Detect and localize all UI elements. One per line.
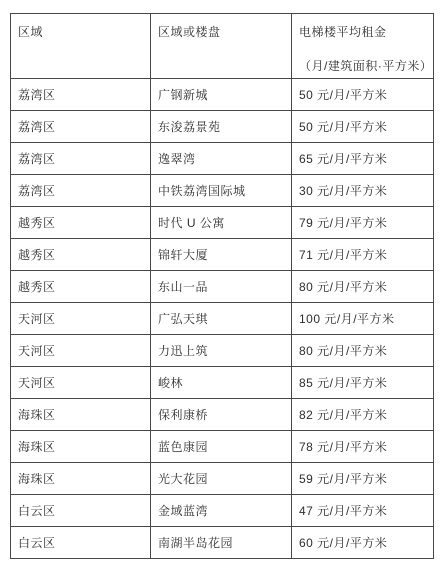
table-row: 海珠区 蓝色康园 78 元/月/平方米 [11, 431, 434, 463]
cell-region: 海珠区 [11, 431, 151, 463]
cell-rent: 65 元/月/平方米 [292, 143, 434, 175]
table-row: 越秀区 东山一品 80 元/月/平方米 [11, 271, 434, 303]
cell-property: 峻林 [151, 367, 292, 399]
cell-rent: 82 元/月/平方米 [292, 399, 434, 431]
cell-region: 天河区 [11, 367, 151, 399]
cell-rent: 78 元/月/平方米 [292, 431, 434, 463]
cell-property: 广钢新城 [151, 79, 292, 111]
cell-property: 蓝色康园 [151, 431, 292, 463]
cell-property: 光大花园 [151, 463, 292, 495]
cell-rent: 60 元/月/平方米 [292, 527, 434, 559]
table-row: 荔湾区 东浚荔景苑 50 元/月/平方米 [11, 111, 434, 143]
header-rent-title: 电梯楼平均租金 [299, 23, 429, 40]
cell-rent: 80 元/月/平方米 [292, 271, 434, 303]
table-row: 白云区 南湖半岛花园 60 元/月/平方米 [11, 527, 434, 559]
table-row: 天河区 力迅上筑 80 元/月/平方米 [11, 335, 434, 367]
table-header-row: 区域 区域或楼盘 电梯楼平均租金 （月/建筑面积·平方米） [11, 14, 434, 79]
table-row: 越秀区 锦轩大厦 71 元/月/平方米 [11, 239, 434, 271]
cell-region: 天河区 [11, 335, 151, 367]
cell-rent: 79 元/月/平方米 [292, 207, 434, 239]
cell-property: 东山一品 [151, 271, 292, 303]
cell-property: 东浚荔景苑 [151, 111, 292, 143]
cell-region: 越秀区 [11, 271, 151, 303]
cell-region: 荔湾区 [11, 175, 151, 207]
cell-region: 白云区 [11, 527, 151, 559]
cell-rent: 30 元/月/平方米 [292, 175, 434, 207]
table-row: 荔湾区 广钢新城 50 元/月/平方米 [11, 79, 434, 111]
table-row: 海珠区 光大花园 59 元/月/平方米 [11, 463, 434, 495]
cell-rent: 85 元/月/平方米 [292, 367, 434, 399]
table-row: 天河区 广弘天琪 100 元/月/平方米 [11, 303, 434, 335]
table-row: 荔湾区 逸翠湾 65 元/月/平方米 [11, 143, 434, 175]
cell-property: 南湖半岛花园 [151, 527, 292, 559]
cell-property: 金域蓝湾 [151, 495, 292, 527]
cell-rent: 59 元/月/平方米 [292, 463, 434, 495]
header-cell-region: 区域 [11, 14, 151, 79]
cell-property: 中铁荔湾国际城 [151, 175, 292, 207]
table-row: 白云区 金域蓝湾 47 元/月/平方米 [11, 495, 434, 527]
cell-property: 力迅上筑 [151, 335, 292, 367]
table-row: 天河区 峻林 85 元/月/平方米 [11, 367, 434, 399]
cell-rent: 50 元/月/平方米 [292, 111, 434, 143]
cell-region: 荔湾区 [11, 143, 151, 175]
header-property-label: 区域或楼盘 [158, 25, 221, 39]
cell-region: 海珠区 [11, 399, 151, 431]
cell-region: 海珠区 [11, 463, 151, 495]
header-cell-rent: 电梯楼平均租金 （月/建筑面积·平方米） [292, 14, 434, 79]
table-row: 荔湾区 中铁荔湾国际城 30 元/月/平方米 [11, 175, 434, 207]
cell-property: 锦轩大厦 [151, 239, 292, 271]
cell-region: 白云区 [11, 495, 151, 527]
rent-table: 区域 区域或楼盘 电梯楼平均租金 （月/建筑面积·平方米） 荔湾区 广钢新城 5… [10, 13, 434, 559]
cell-region: 荔湾区 [11, 79, 151, 111]
cell-region: 荔湾区 [11, 111, 151, 143]
cell-property: 时代 U 公寓 [151, 207, 292, 239]
cell-rent: 47 元/月/平方米 [292, 495, 434, 527]
header-cell-property: 区域或楼盘 [151, 14, 292, 79]
header-rent-unit: （月/建筑面积·平方米） [299, 57, 429, 74]
header-region-label: 区域 [18, 25, 43, 39]
table-row: 越秀区 时代 U 公寓 79 元/月/平方米 [11, 207, 434, 239]
cell-property: 广弘天琪 [151, 303, 292, 335]
cell-rent: 50 元/月/平方米 [292, 79, 434, 111]
cell-region: 越秀区 [11, 239, 151, 271]
cell-rent: 100 元/月/平方米 [292, 303, 434, 335]
cell-property: 逸翠湾 [151, 143, 292, 175]
cell-region: 越秀区 [11, 207, 151, 239]
cell-property: 保利康桥 [151, 399, 292, 431]
cell-rent: 80 元/月/平方米 [292, 335, 434, 367]
cell-region: 天河区 [11, 303, 151, 335]
cell-rent: 71 元/月/平方米 [292, 239, 434, 271]
table-row: 海珠区 保利康桥 82 元/月/平方米 [11, 399, 434, 431]
